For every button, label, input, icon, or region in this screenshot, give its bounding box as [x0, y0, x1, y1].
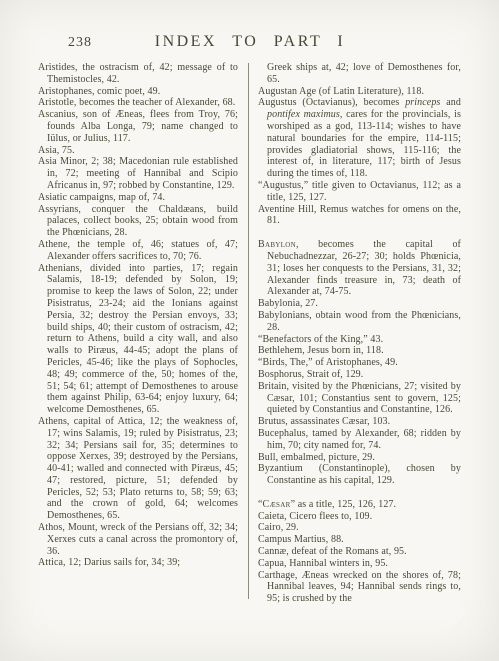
index-entry: Assyrians, conquer the Chaldæans, build … [38, 204, 238, 239]
index-entry: Caieta, Cicero flees to, 109. [258, 511, 461, 523]
index-entry: Capua, Hannibal winters in, 95. [258, 558, 461, 570]
index-entry: Bull, embalmed, picture, 29. [258, 452, 461, 464]
index-column-left: Aristides, the ostracism of, 42; message… [38, 62, 238, 605]
index-entry: Brutus, assassinates Cæsar, 103. [258, 416, 461, 428]
index-entry: Augustus (Octavianus), becomes princeps … [258, 97, 461, 180]
column-divider-rule [248, 63, 249, 599]
index-entry: Campus Martius, 88. [258, 534, 461, 546]
index-entry: “Augustus,” title given to Octavianus, 1… [258, 180, 461, 204]
index-entry: Asia, 75. [38, 145, 238, 157]
index-entry: Athos, Mount, wreck of the Persians off,… [38, 522, 238, 557]
index-entry: Aristophanes, comic poet, 49. [38, 86, 238, 98]
index-entry: Athene, the temple of, 46; statues of, 4… [38, 239, 238, 263]
index-entry: Babylon, becomes the capital of Nebuchad… [258, 239, 461, 298]
index-entry: Aristides, the ostracism of, 42; message… [38, 62, 238, 86]
index-entry: Athenians, divided into parties, 17; reg… [38, 263, 238, 416]
index-entry: Greek ships at, 42; love of Demosthenes … [258, 62, 461, 86]
index-entry: Bucephalus, tamed by Alexander, 68; ridd… [258, 428, 461, 452]
index-entry: Athens, capital of Attica, 12; the weakn… [38, 416, 238, 522]
index-entry: Carthage, Æneas wrecked on the shores of… [258, 570, 461, 605]
index-entry: “Benefactors of the King,” 43. [258, 334, 461, 346]
index-entry: Ascanius, son of Æneas, flees from Troy,… [38, 109, 238, 144]
index-entry: “Birds, The,” of Aristophanes, 49. [258, 357, 461, 369]
index-entry: Aventine Hill, Remus watches for omens o… [258, 204, 461, 228]
index-entry: Cairo, 29. [258, 522, 461, 534]
index-entry: Babylonia, 27. [258, 298, 461, 310]
index-entry: Bethlehem, Jesus born in, 118. [258, 345, 461, 357]
index-entry: Aristotle, becomes the teacher of Alexan… [38, 97, 238, 109]
index-entry: Attica, 12; Darius sails for, 34; 39; [38, 557, 238, 569]
index-entry: Bosphorus, Strait of, 129. [258, 369, 461, 381]
index-entry: Babylonians, obtain wood from the Phœnic… [258, 310, 461, 334]
index-entry: Britain, visited by the Phœnicians, 27; … [258, 381, 461, 416]
page-title: INDEX TO PART I [38, 33, 462, 51]
index-entry: Augustan Age (of Latin Literature), 118. [258, 86, 461, 98]
index-entry: Byzantium (Constantinople), chosen by Co… [258, 463, 461, 487]
page-header: 238 INDEX TO PART I [38, 33, 462, 55]
index-entry: “Cæsar” as a title, 125, 126, 127. [258, 499, 461, 511]
index-columns: Aristides, the ostracism of, 42; message… [38, 62, 462, 605]
index-column-right: Greek ships at, 42; love of Demosthenes … [258, 62, 461, 605]
index-entry: Asiatic campaigns, map of, 74. [38, 192, 238, 204]
book-page: 238 INDEX TO PART I Aristides, the ostra… [0, 0, 499, 661]
index-entry: Cannæ, defeat of the Romans at, 95. [258, 546, 461, 558]
index-entry: Asia Minor, 2; 38; Macedonian rule estab… [38, 156, 238, 191]
